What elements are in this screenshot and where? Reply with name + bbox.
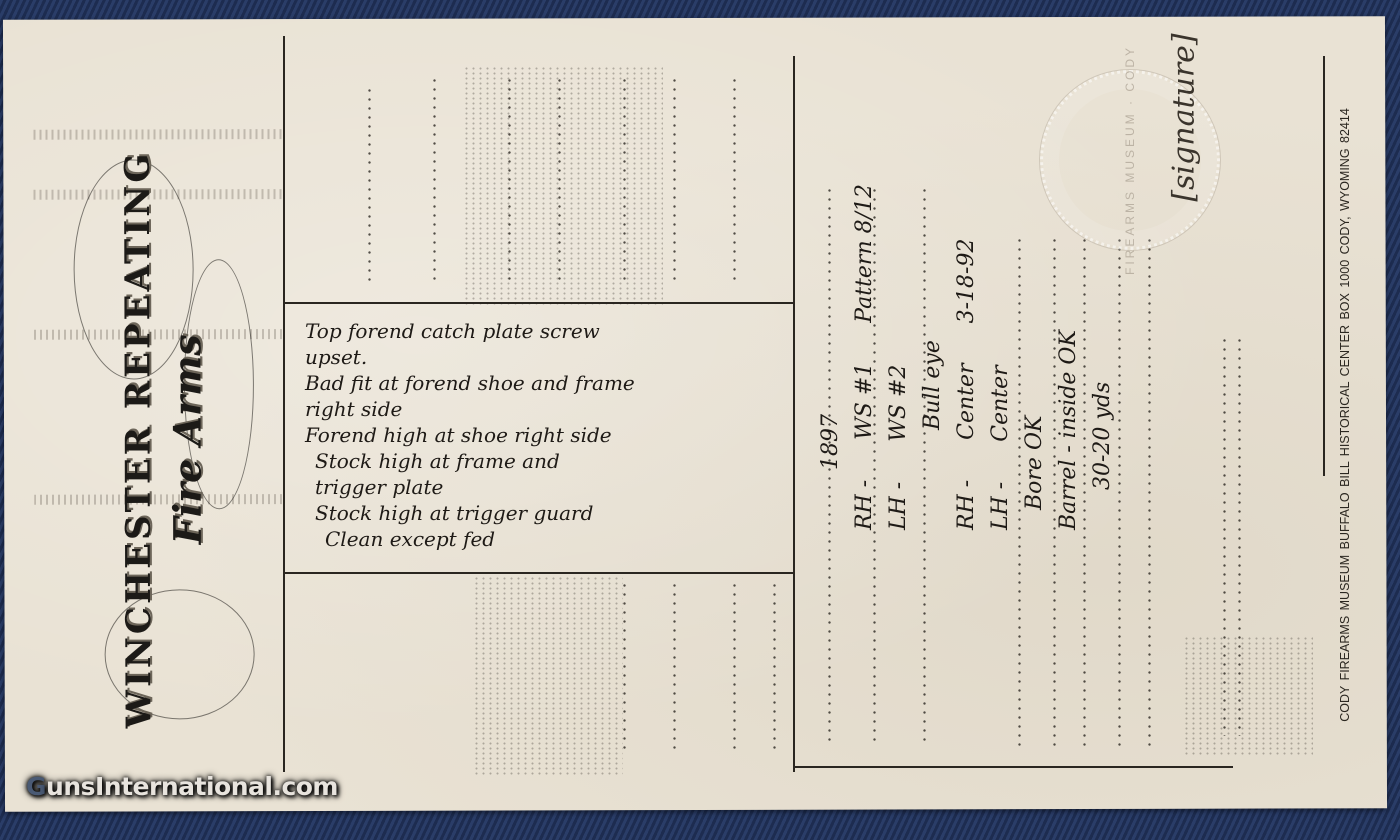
note-line: Stock high at trigger guard — [305, 500, 775, 526]
seal-text: FIREARMS MUSEUM · CODY — [1123, 45, 1137, 275]
letterhead-subtitle: Fire Arms — [164, 150, 211, 728]
dotted-guide — [433, 76, 436, 286]
note-line: Stock high at frame and — [305, 448, 775, 474]
note-line: Top forend catch plate screw — [305, 318, 775, 344]
entry-value: WS #1 — [852, 363, 886, 440]
form-border-right — [1323, 56, 1325, 476]
museum-imprint: CODY FIREARMS MUSEUM BUFFALO BILL HISTOR… — [1330, 50, 1360, 780]
handwritten-notes: Top forend catch plate screw upset. Bad … — [305, 318, 775, 552]
entry-value: WS #2 — [886, 365, 920, 442]
dotted-guide — [733, 581, 736, 751]
dotted-guide — [368, 86, 371, 286]
dotted-guide — [673, 581, 676, 751]
note-line: right side — [305, 396, 775, 422]
signature: [signature] — [1167, 33, 1202, 201]
entry-value: Center — [988, 365, 1022, 441]
dotted-guide — [773, 581, 776, 751]
entry-row: RH - WS #1 Pattern 8/12 — [852, 60, 886, 530]
scan-speckle — [463, 66, 663, 306]
note-line: Bad fit at forend shoe and frame — [305, 370, 775, 396]
entry-note: Pattern 8/12 — [852, 184, 886, 323]
entry-row: LH - WS #2 — [886, 60, 920, 530]
entry-row: RH - Center 3-18-92 — [954, 60, 988, 530]
dotted-guide — [733, 76, 736, 286]
letterhead: WINCHESTER REPEATING Fire Arms — [43, 139, 285, 740]
entry-label: RH - — [852, 480, 886, 530]
entry-label: LH - — [886, 482, 920, 530]
watermark-initial: G — [26, 772, 46, 801]
entry-value: 1897 — [818, 414, 852, 530]
letterhead-brand: WINCHESTER REPEATING Fire Arms — [118, 150, 211, 728]
scan-speckle — [1183, 636, 1313, 756]
entry-value: Center — [954, 363, 988, 439]
scan-noise — [33, 129, 283, 140]
note-line: Clean except fed — [305, 526, 775, 552]
note-line: trigger plate — [305, 474, 775, 500]
form-rule — [793, 766, 1233, 768]
form-rule — [283, 572, 793, 574]
form-border-left — [283, 36, 285, 772]
watermark-text: unsInternational.com — [46, 772, 338, 801]
imprint-text: CODY FIREARMS MUSEUM BUFFALO BILL HISTOR… — [1338, 108, 1352, 722]
entry-row: 1897 — [818, 60, 852, 530]
dotted-guide — [1148, 236, 1151, 746]
dotted-guide — [623, 581, 626, 751]
entry-row: LH - Center — [988, 60, 1022, 530]
entry-label: LH - — [988, 482, 1022, 530]
form-divider — [793, 56, 795, 772]
note-line: upset. — [305, 344, 775, 370]
letterhead-company: WINCHESTER REPEATING — [118, 151, 160, 729]
scan-speckle — [473, 576, 623, 776]
entry-label: RH - — [954, 480, 988, 530]
entry-row: Bull eye — [920, 60, 954, 530]
site-watermark: GunsInternational.com — [26, 772, 338, 801]
entry-note: 3-18-92 — [954, 239, 988, 324]
entry-value: Bore OK — [1022, 416, 1056, 530]
note-line: Forend high at shoe right side — [305, 422, 775, 448]
entry-value: 30-20 yds — [1090, 382, 1124, 530]
entry-value: Barrel - inside OK — [1056, 330, 1090, 530]
dotted-guide — [673, 76, 676, 286]
entry-value: Bull eye — [920, 340, 954, 530]
